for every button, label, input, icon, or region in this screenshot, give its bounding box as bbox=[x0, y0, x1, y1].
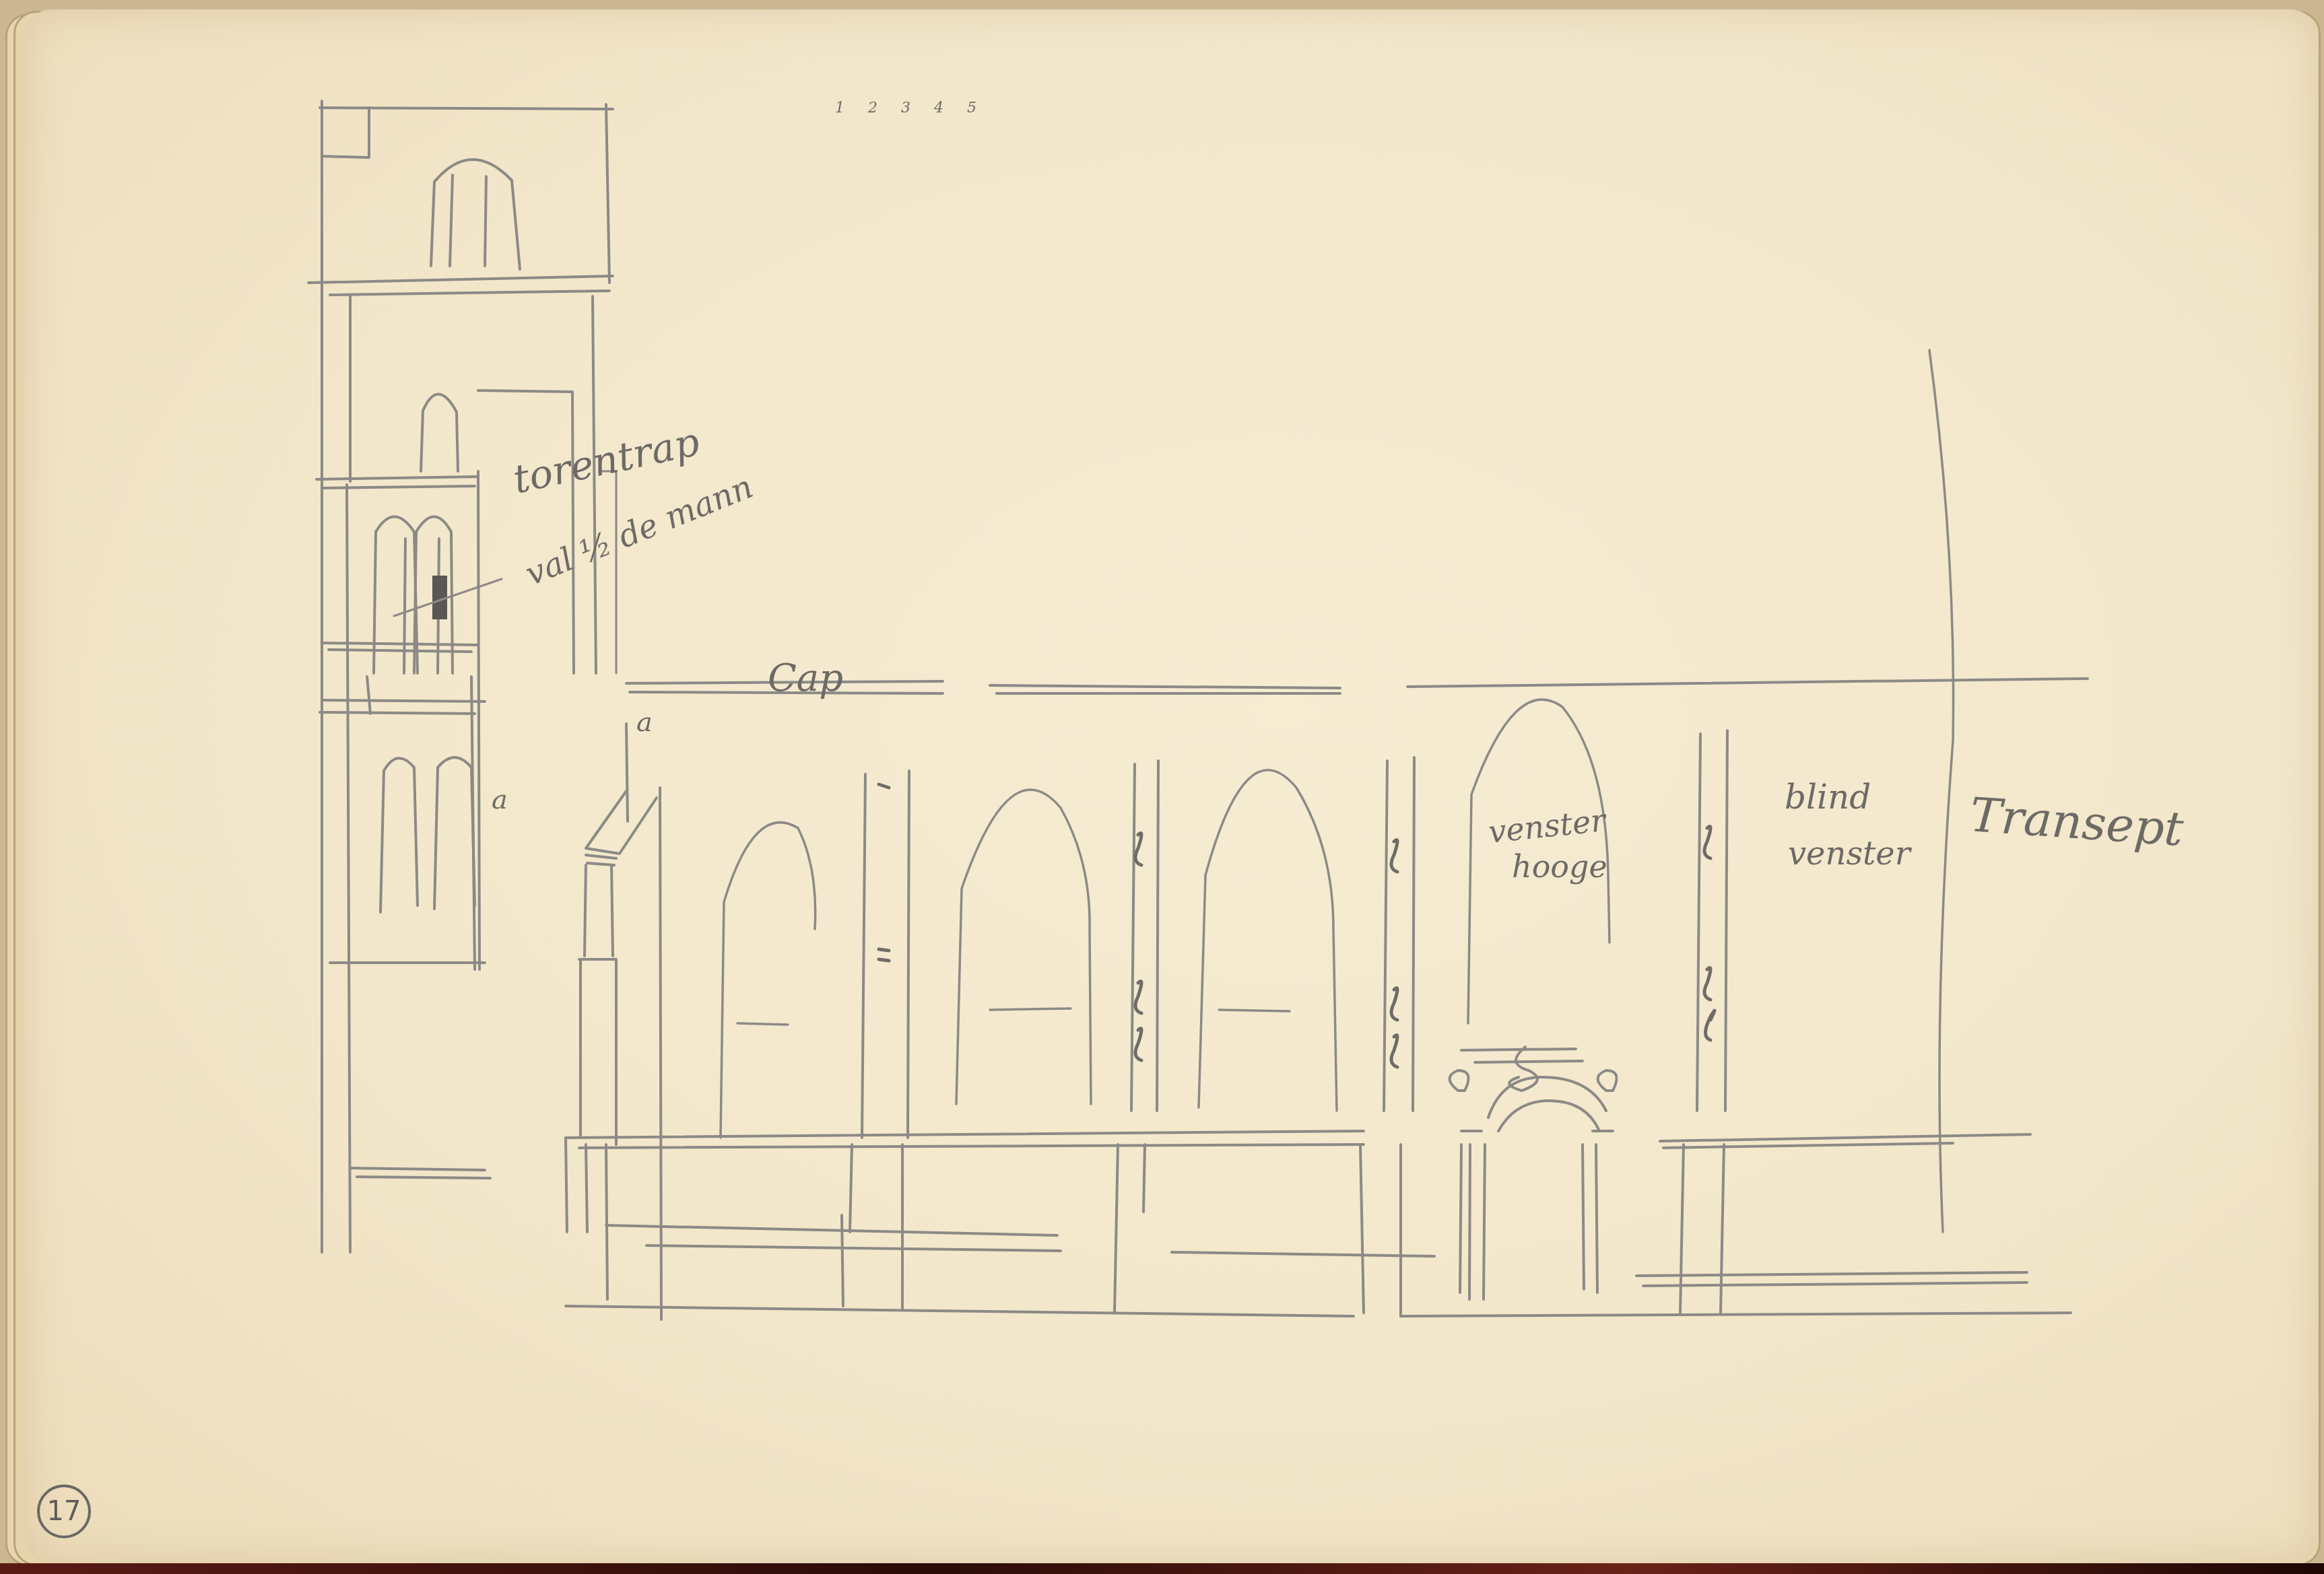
transept-line bbox=[1929, 350, 1954, 1232]
entrance-portal bbox=[1450, 1047, 1617, 1299]
page-number: 17 bbox=[47, 1496, 81, 1527]
page-number-badge: 17 bbox=[37, 1484, 91, 1538]
ridge-line bbox=[626, 679, 2088, 693]
tower-stair-line bbox=[599, 471, 616, 673]
base-courses bbox=[566, 1131, 2071, 1316]
church-elevation-drawing bbox=[0, 0, 2324, 1574]
pier-marks bbox=[879, 784, 1715, 1067]
left-buttress bbox=[579, 724, 661, 1320]
nave-windows bbox=[721, 699, 1609, 1138]
scanned-sheet: 1 2 3 4 5 torentrap val ½ de mann Cap ve… bbox=[0, 0, 2324, 1574]
leader-line bbox=[394, 579, 502, 616]
tower bbox=[308, 101, 613, 1252]
